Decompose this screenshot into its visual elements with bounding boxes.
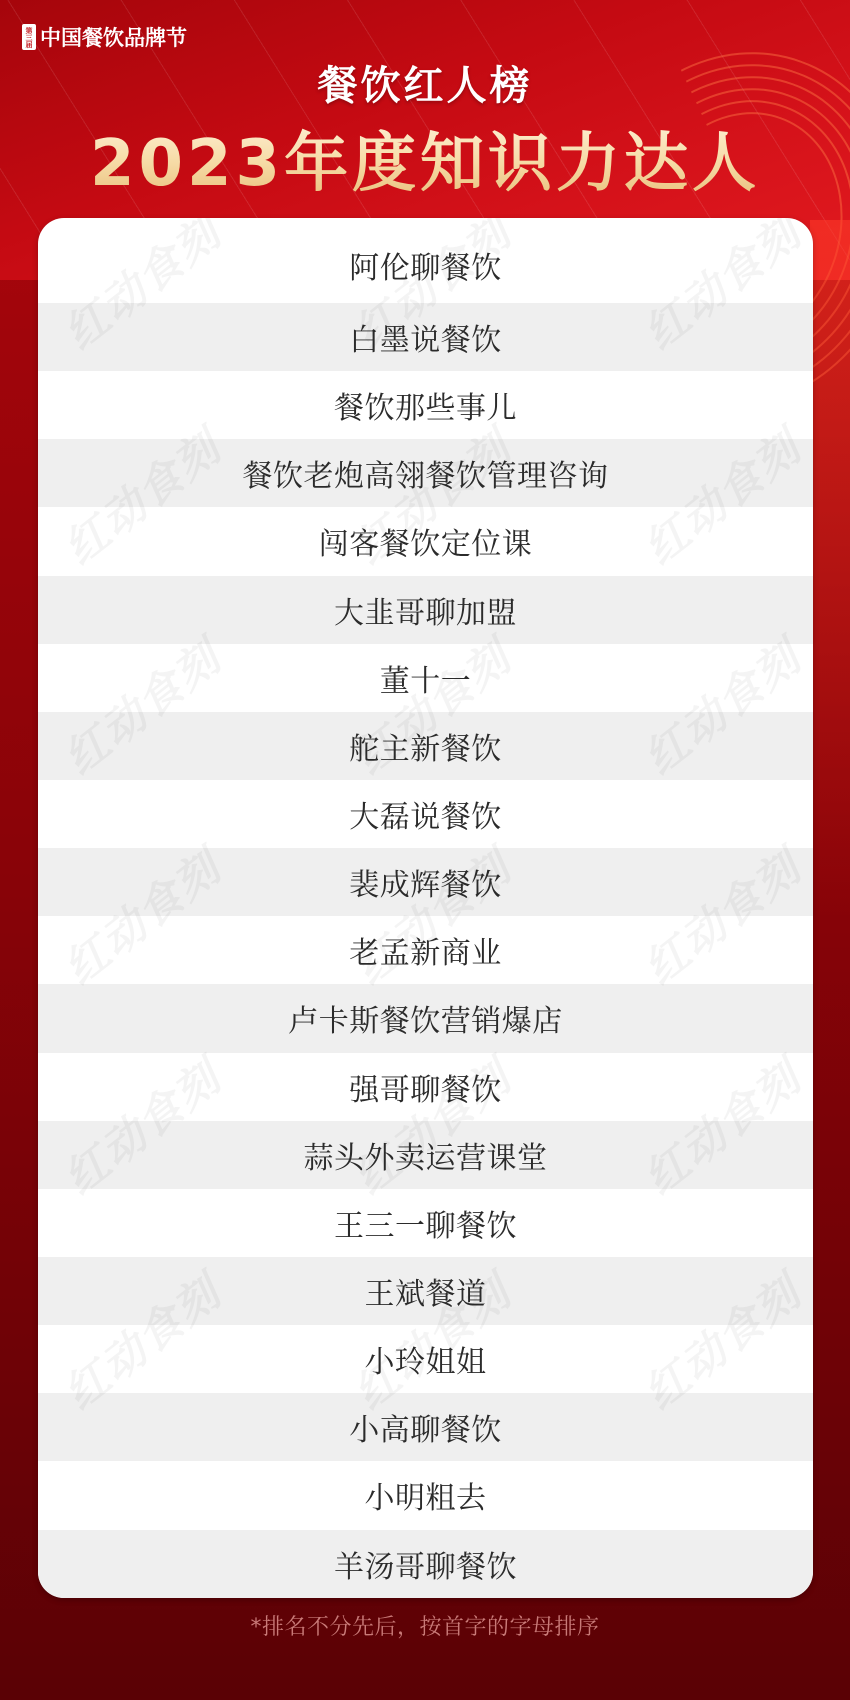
list-item: 卢卡斯餐饮营销爆店 [38, 984, 813, 1052]
list-item: 阿伦聊餐饮 [38, 218, 813, 303]
list-item-label: 董十一 [380, 656, 472, 700]
list-item-label: 阿伦聊餐饮 [349, 243, 502, 287]
list-item-label: 老孟新商业 [349, 928, 502, 972]
brand-name: 中国餐饮品牌节 [40, 22, 187, 52]
list-item: 闯客餐饮定位课 [38, 507, 813, 575]
list-item-label: 舵主新餐饮 [349, 724, 502, 768]
list-item: 餐饮老炮高翎餐饮管理咨询 [38, 439, 813, 507]
list-item-label: 餐饮老炮高翎餐饮管理咨询 [243, 451, 609, 495]
list-item: 餐饮那些事儿 [38, 371, 813, 439]
list-item: 蒜头外卖运营课堂 [38, 1121, 813, 1189]
list-item-label: 小明粗去 [365, 1473, 487, 1517]
list-item: 大韭哥聊加盟 [38, 576, 813, 644]
list-item-label: 王斌餐道 [365, 1269, 487, 1313]
list-item-label: 小高聊餐饮 [349, 1405, 502, 1449]
list-item: 裴成辉餐饮 [38, 848, 813, 916]
list-item: 小明粗去 [38, 1461, 813, 1529]
list-item-label: 白墨说餐饮 [349, 315, 502, 359]
list-item: 王斌餐道 [38, 1257, 813, 1325]
list-item-label: 小玲姐姐 [365, 1337, 487, 1381]
list-item-label: 大磊说餐饮 [349, 792, 502, 836]
list-item-label: 闯客餐饮定位课 [319, 519, 533, 563]
honoree-list-card: 阿伦聊餐饮 白墨说餐饮 餐饮那些事儿 餐饮老炮高翎餐饮管理咨询 闯客餐饮定位课 … [38, 218, 813, 1598]
list-item-label: 王三一聊餐饮 [334, 1201, 517, 1245]
list-item: 王三一聊餐饮 [38, 1189, 813, 1257]
side-glow-decoration [810, 220, 850, 920]
list-item: 羊汤哥聊餐饮 [38, 1530, 813, 1598]
list-item: 强哥聊餐饮 [38, 1053, 813, 1121]
list-item: 大磊说餐饮 [38, 780, 813, 848]
list-item: 舵主新餐饮 [38, 712, 813, 780]
edition-badge: 第三届 [22, 24, 36, 50]
list-item-label: 大韭哥聊加盟 [334, 588, 517, 632]
list-item: 董十一 [38, 644, 813, 712]
brand-logo: 第三届 中国餐饮品牌节 [22, 22, 187, 52]
list-item: 白墨说餐饮 [38, 303, 813, 371]
list-item: 老孟新商业 [38, 916, 813, 984]
list-item: 小玲姐姐 [38, 1325, 813, 1393]
sorting-note: *排名不分先后，按首字的字母排序 [0, 1610, 850, 1641]
list-item-label: 蒜头外卖运营课堂 [304, 1133, 548, 1177]
list-item-label: 羊汤哥聊餐饮 [334, 1542, 517, 1586]
list-item: 小高聊餐饮 [38, 1393, 813, 1461]
list-item-label: 卢卡斯餐饮营销爆店 [288, 996, 563, 1040]
list-item-label: 餐饮那些事儿 [334, 383, 517, 427]
page-subtitle: 餐饮红人榜 [0, 54, 850, 111]
list-item-label: 裴成辉餐饮 [349, 860, 502, 904]
list-item-label: 强哥聊餐饮 [349, 1065, 502, 1109]
page-title: 2023年度知识力达人 [0, 112, 850, 204]
